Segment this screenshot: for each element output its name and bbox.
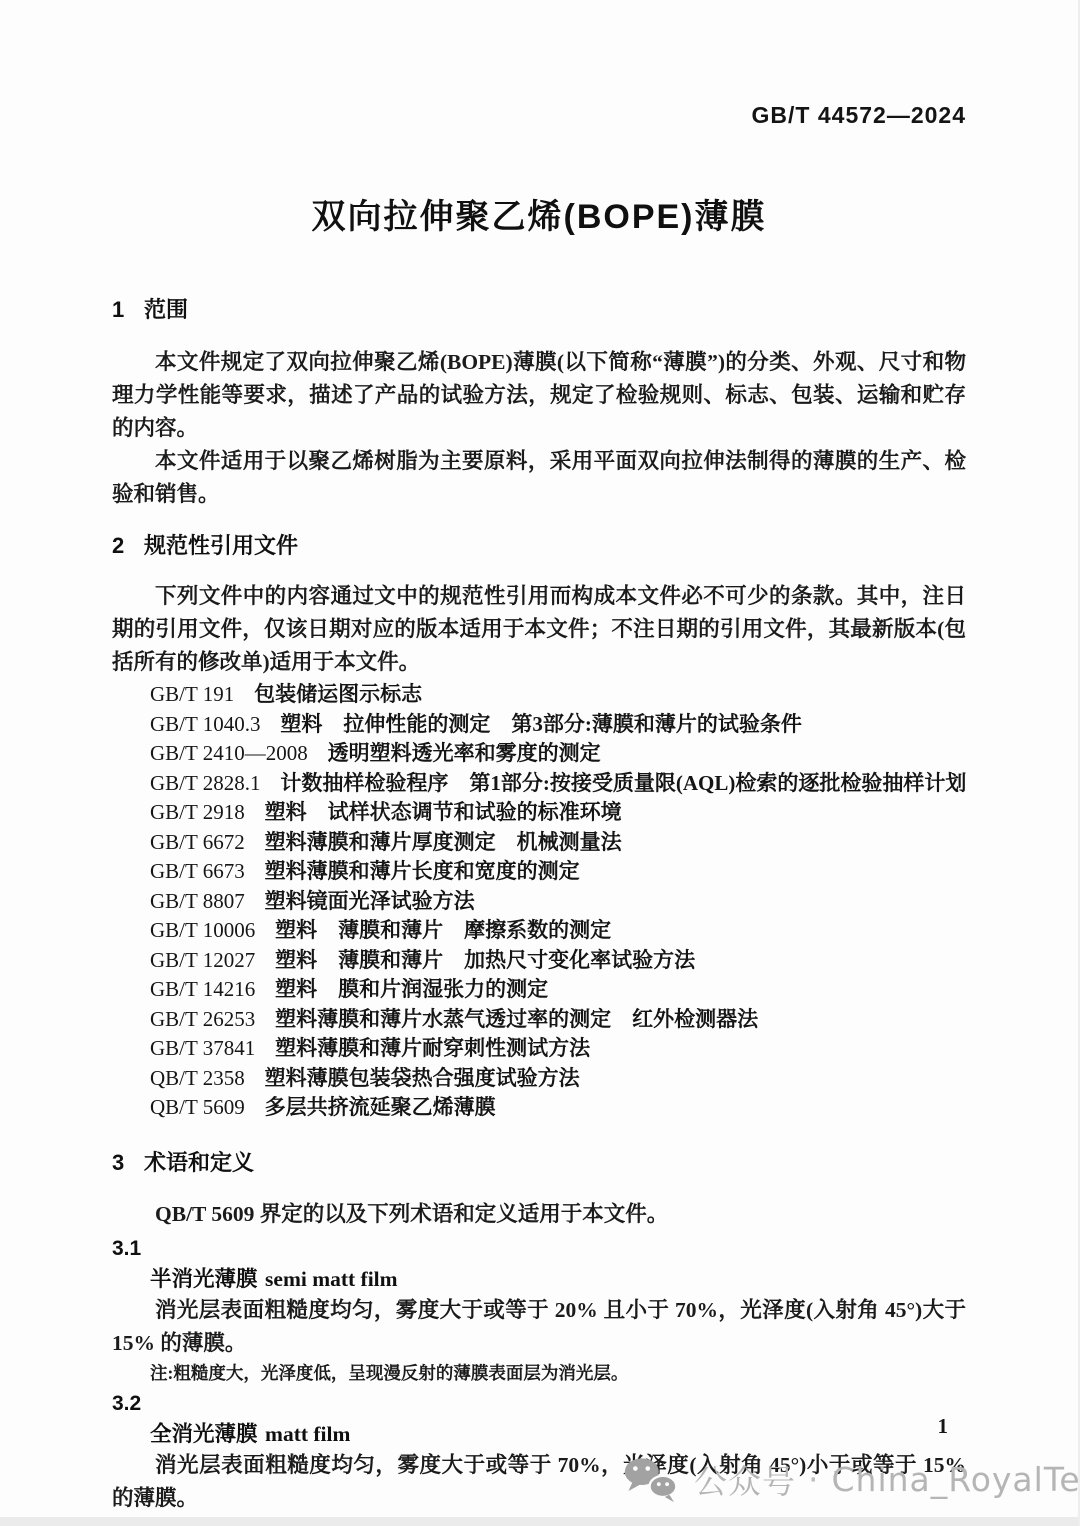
scope-paragraph-2: 本文件适用于以聚乙烯树脂为主要原料，采用平面双向拉伸法制得的薄膜的生产、检验和销… [112,445,966,511]
reference-code: GB/T 1040.3 [150,712,260,736]
reference-code: GB/T 8807 [150,889,245,913]
section-title: 范围 [144,297,188,322]
reference-item: GB/T 6672塑料薄膜和薄片厚度测定 机械测量法 [150,828,966,858]
section-number: 1 [112,297,124,322]
page-number: 1 [938,1412,949,1440]
watermark-name: China_RoyalTech [832,1460,1080,1499]
section-number: 3 [112,1150,124,1175]
page-content: GB/T 44572—2024 双向拉伸聚乙烯(BOPE)薄膜 1范围 本文件规… [0,102,1078,1515]
reference-title: 塑料 拉伸性能的测定 第3部分:薄膜和薄片的试验条件 [280,712,802,736]
reference-title: 塑料薄膜和薄片厚度测定 机械测量法 [265,830,622,854]
watermark-separator: · [808,1460,820,1499]
reference-item: GB/T 2410—2008透明塑料透光率和雾度的测定 [150,739,966,769]
reference-item: GB/T 2828.1计数抽样检验程序 第1部分:按接受质量限(AQL)检索的逐… [150,769,966,799]
scan-bottom-edge [0,1517,1078,1526]
section-scope-heading: 1范围 [112,295,966,325]
term-note: 注:粗糙度大，光泽度低，呈现漫反射的薄膜表面层为消光层。 [150,1360,966,1386]
reference-title: 塑料 薄膜和薄片 加热尺寸变化率试验方法 [275,948,695,972]
term-name-english: matt film [265,1422,350,1446]
reference-title: 多层共挤流延聚乙烯薄膜 [265,1095,496,1119]
reference-code: GB/T 37841 [150,1036,255,1060]
reference-item: GB/T 2918塑料 试样状态调节和试验的标准环境 [150,798,966,828]
references-intro-paragraph: 下列文件中的内容通过文中的规范性引用而构成本文件必不可少的条款。其中，注日期的引… [112,580,966,679]
reference-title: 塑料薄膜包装袋热合强度试验方法 [265,1066,580,1090]
reference-item: GB/T 8807塑料镜面光泽试验方法 [150,887,966,917]
section-title: 规范性引用文件 [144,533,298,558]
reference-title: 塑料薄膜和薄片耐穿刺性测试方法 [275,1036,590,1060]
reference-code: GB/T 6673 [150,859,245,883]
reference-code: GB/T 2410—2008 [150,741,308,765]
section-title: 术语和定义 [144,1150,254,1175]
reference-item: GB/T 1040.3塑料 拉伸性能的测定 第3部分:薄膜和薄片的试验条件 [150,710,966,740]
reference-code: GB/T 14216 [150,977,255,1001]
term-definition: 消光层表面粗糙度均匀，雾度大于或等于 20% 且小于 70%，光泽度(入射角 4… [112,1294,966,1360]
section-scope: 1范围 本文件规定了双向拉伸聚乙烯(BOPE)薄膜(以下简称“薄膜”)的分类、外… [112,295,966,511]
wechat-icon [622,1457,680,1503]
reference-code: GB/T 6672 [150,830,245,854]
reference-item: QB/T 5609多层共挤流延聚乙烯薄膜 [150,1093,966,1123]
scope-paragraph-1: 本文件规定了双向拉伸聚乙烯(BOPE)薄膜(以下简称“薄膜”)的分类、外观、尺寸… [112,346,966,445]
reference-title: 包装储运图示标志 [254,682,422,706]
term-name-english: semi matt film [265,1267,398,1291]
standard-code: GB/T 44572—2024 [112,102,966,128]
reference-title: 塑料镜面光泽试验方法 [265,889,475,913]
watermark: 公众号 · China_RoyalTech [622,1456,1080,1503]
reference-code: GB/T 26253 [150,1007,255,1031]
section-normative-references: 2规范性引用文件 下列文件中的内容通过文中的规范性引用而构成本文件必不可少的条款… [112,531,966,1123]
section-number: 2 [112,533,124,558]
reference-list: GB/T 191包装储运图示标志 GB/T 1040.3塑料 拉伸性能的测定 第… [112,680,966,1123]
reference-code: GB/T 2828.1 [150,771,260,795]
reference-item: GB/T 10006塑料 薄膜和薄片 摩擦系数的测定 [150,916,966,946]
reference-item: GB/T 6673塑料薄膜和薄片长度和宽度的测定 [150,857,966,887]
term-name-chinese: 全消光薄膜 [150,1422,258,1446]
term-name-chinese: 半消光薄膜 [150,1267,258,1291]
reference-code: GB/T 12027 [150,948,255,972]
reference-title: 塑料 薄膜和薄片 摩擦系数的测定 [275,918,611,942]
term-name: 半消光薄膜semi matt film [150,1264,966,1294]
section-terms-heading: 3术语和定义 [112,1148,966,1178]
terms-intro-paragraph: QB/T 5609 界定的以及下列术语和定义适用于本文件。 [112,1198,966,1231]
reference-item: GB/T 37841塑料薄膜和薄片耐穿刺性测试方法 [150,1034,966,1064]
reference-item: GB/T 14216塑料 膜和片润湿张力的测定 [150,975,966,1005]
reference-title: 塑料 试样状态调节和试验的标准环境 [265,800,622,824]
reference-code: GB/T 191 [150,682,234,706]
section-references-heading: 2规范性引用文件 [112,531,966,561]
document-title: 双向拉伸聚乙烯(BOPE)薄膜 [112,194,966,240]
reference-item: GB/T 191包装储运图示标志 [150,680,966,710]
term-number: 3.2 [112,1390,966,1418]
term-name: 全消光薄膜matt film [150,1419,966,1449]
reference-code: GB/T 10006 [150,918,255,942]
reference-code: GB/T 2918 [150,800,245,824]
term-entry-3-1: 3.1 半消光薄膜semi matt film 消光层表面粗糙度均匀，雾度大于或… [112,1235,966,1386]
reference-item: QB/T 2358塑料薄膜包装袋热合强度试验方法 [150,1064,966,1094]
reference-title: 塑料 膜和片润湿张力的测定 [275,977,548,1001]
reference-title: 塑料薄膜和薄片水蒸气透过率的测定 红外检测器法 [275,1007,758,1031]
reference-title: 透明塑料透光率和雾度的测定 [328,741,601,765]
reference-code: QB/T 2358 [150,1066,245,1090]
document-page: GB/T 44572—2024 双向拉伸聚乙烯(BOPE)薄膜 1范围 本文件规… [0,0,1080,1526]
reference-title: 计数抽样检验程序 第1部分:按接受质量限(AQL)检索的逐批检验抽样计划 [280,771,966,795]
reference-item: GB/T 12027塑料 薄膜和薄片 加热尺寸变化率试验方法 [150,946,966,976]
reference-item: GB/T 26253塑料薄膜和薄片水蒸气透过率的测定 红外检测器法 [150,1005,966,1035]
reference-title: 塑料薄膜和薄片长度和宽度的测定 [265,859,580,883]
watermark-account-label: 公众号 [694,1456,796,1503]
term-number: 3.1 [112,1235,966,1263]
reference-code: QB/T 5609 [150,1095,245,1119]
